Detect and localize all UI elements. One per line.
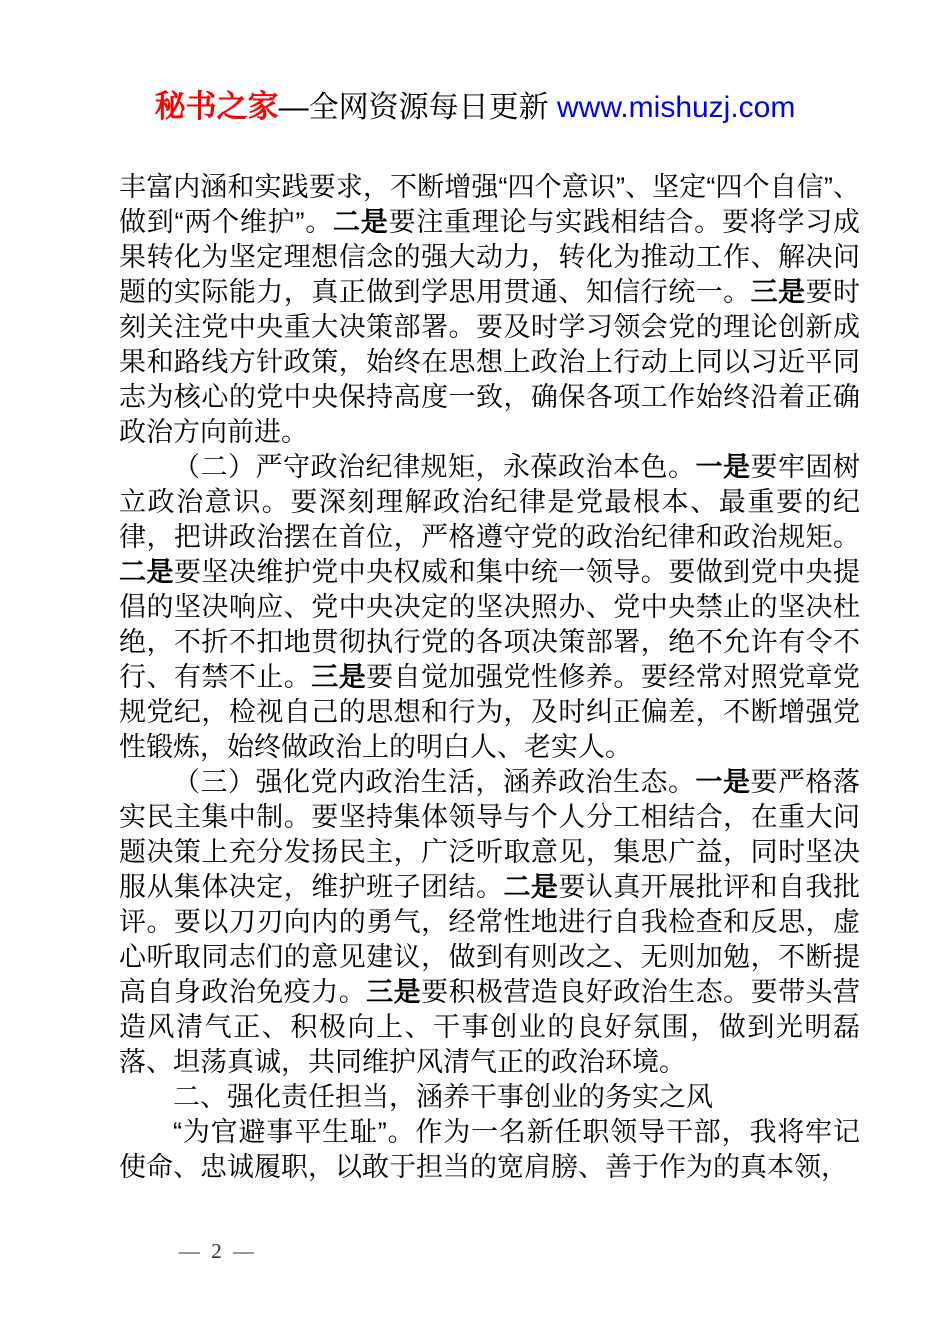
header-brand: 秘书之家 bbox=[155, 89, 279, 124]
text-run: 二、强化责任担当，涵养干事创业的务实之风 bbox=[173, 1082, 713, 1112]
header-url[interactable]: www.mishuzj.com bbox=[557, 91, 795, 124]
paragraph: 丰富内涵和实践要求，不断增强“四个意识”、坚定“四个自信”、做到“两个维护”。二… bbox=[119, 170, 860, 450]
text-run: 三是 bbox=[311, 662, 366, 692]
paragraph: （二）严守政治纪律规矩，永葆政治本色。一是要牢固树立政治意识。要深刻理解政治纪律… bbox=[119, 450, 860, 765]
text-run: 三是 bbox=[751, 277, 806, 307]
text-run: “为官避事平生耻”。作为一名新任职领导干部，我将牢记使命、忠诚履职，以敢于担当的… bbox=[119, 1117, 860, 1182]
text-run: （三）强化党内政治生活，涵养政治生态。 bbox=[173, 767, 696, 797]
text-run: 二是 bbox=[503, 872, 558, 902]
paragraph: （三）强化党内政治生活，涵养政治生态。一是要严格落实民主集中制。要坚持集体领导与… bbox=[119, 765, 860, 1080]
section-heading: 二、强化责任担当，涵养干事创业的务实之风 bbox=[119, 1080, 860, 1115]
header-tagline: —全网资源每日更新 bbox=[279, 91, 557, 124]
text-run: 一是 bbox=[696, 767, 751, 797]
text-run: 二是 bbox=[119, 557, 174, 587]
text-run: 二是 bbox=[333, 207, 389, 237]
page-number: — 2 — bbox=[179, 1239, 257, 1264]
paragraph: “为官避事平生耻”。作为一名新任职领导干部，我将牢记使命、忠诚履职，以敢于担当的… bbox=[119, 1115, 860, 1185]
site-header: 秘书之家—全网资源每日更新 www.mishuzj.com bbox=[0, 88, 950, 127]
text-run: 三是 bbox=[366, 977, 421, 1007]
text-run: （二）严守政治纪律规矩，永葆政治本色。 bbox=[173, 452, 696, 482]
document-body: 丰富内涵和实践要求，不断增强“四个意识”、坚定“四个自信”、做到“两个维护”。二… bbox=[119, 170, 860, 1185]
text-run: 一是 bbox=[696, 452, 751, 482]
